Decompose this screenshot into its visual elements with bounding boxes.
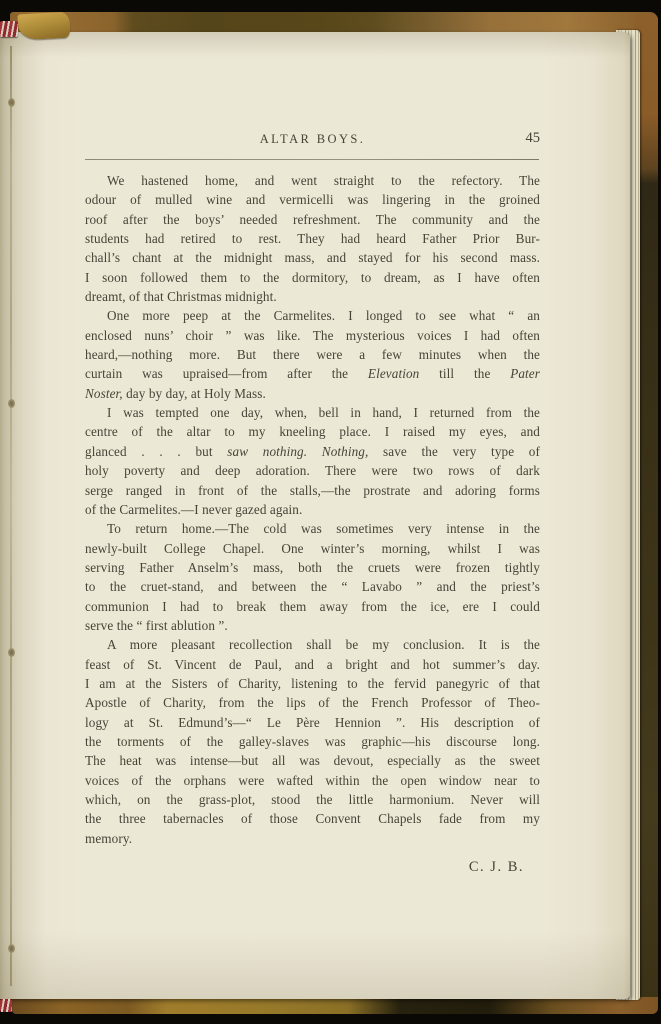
text-segment: [307, 444, 322, 459]
text-line: centre of the altar to my kneeling place…: [85, 422, 540, 441]
text-segment: to the cruet-stand, and between the “ La…: [85, 579, 540, 594]
text-segment: students had retired to rest. They had h…: [85, 231, 540, 246]
text-line: communion I had to break them away from …: [85, 597, 540, 616]
text-line: serving Father Anselm’s mass, both the c…: [85, 558, 540, 577]
text-line: to the cruet-stand, and between the “ La…: [85, 577, 540, 596]
text-line: enclosed nuns’ choir ” was like. The mys…: [85, 326, 540, 345]
text-line: logy at St. Edmund’s—“ Le Père Hennion ”…: [85, 713, 540, 732]
text-segment: curtain was upraised—from after the: [85, 366, 368, 381]
text-segment: odour of mulled wine and vermicelli was …: [85, 192, 540, 207]
page-body-text: We hastened home, and went straight to t…: [85, 171, 540, 848]
text-segment: voices of the orphans were wafted within…: [85, 773, 540, 788]
text-segment: chall’s chant at the midnight mass, and …: [85, 250, 540, 265]
text-line: The heat was intense—but all was devout,…: [85, 751, 540, 770]
text-segment: day by day, at Holy Mass.: [123, 386, 266, 401]
text-segment: roof after the boys’ needed refreshment.…: [85, 212, 540, 227]
text-segment: newly-built College Chapel. One winter’s…: [85, 541, 540, 556]
text-line: of the Carmelites.—I never gazed again.: [85, 500, 540, 519]
text-segment: serge ranged in front of the stalls,—the…: [85, 483, 540, 498]
text-segment: memory.: [85, 831, 132, 846]
text-segment: holy poverty and deep adoration. There w…: [85, 463, 540, 478]
text-line: I am at the Sisters of Charity, listenin…: [85, 674, 540, 693]
text-segment: glanced . . . but: [85, 444, 227, 459]
text-segment: logy at St. Edmund’s—“ Le Père Hennion ”…: [85, 715, 540, 730]
text-segment: I soon followed them to the dormitory, t…: [85, 270, 540, 285]
text-line: Noster, day by day, at Holy Mass.: [85, 384, 540, 403]
text-segment: One more peep at the Carmelites. I longe…: [107, 308, 540, 323]
text-segment: of the Carmelites.—I never gazed again.: [85, 502, 302, 517]
text-segment: the torments of the galley-slaves was gr…: [85, 734, 540, 749]
text-line: feast of St. Vincent de Paul, and a brig…: [85, 655, 540, 674]
author-initials: C. J. B.: [85, 859, 540, 876]
text-line: odour of mulled wine and vermicelli was …: [85, 190, 540, 209]
text-segment: The heat was intense—but all was devout,…: [85, 753, 540, 768]
scanned-book-photo: ALTAR BOYS. 45 We hastened home, and wen…: [0, 0, 661, 1024]
text-line: memory.: [85, 829, 540, 848]
text-segment: dreamt, of that Christmas midnight.: [85, 289, 277, 304]
book-cover-bottom-edge: [12, 997, 658, 1014]
header-rule: [85, 159, 539, 160]
text-segment: I am at the Sisters of Charity, listenin…: [85, 676, 540, 691]
text-line: One more peep at the Carmelites. I longe…: [85, 306, 540, 325]
text-line: newly-built College Chapel. One winter’s…: [85, 539, 540, 558]
italic-text-segment: saw nothing.: [227, 444, 307, 459]
gutter-shadow: [0, 32, 46, 999]
italic-text-segment: Noster,: [85, 386, 123, 401]
text-line: chall’s chant at the midnight mass, and …: [85, 248, 540, 267]
headband-top: [0, 21, 18, 37]
text-line: We hastened home, and went straight to t…: [85, 171, 540, 190]
italic-text-segment: Nothing,: [322, 444, 369, 459]
text-segment: feast of St. Vincent de Paul, and a brig…: [85, 657, 540, 672]
text-segment: which, on the grass-plot, stood the litt…: [85, 792, 540, 807]
stitch-knot: [8, 399, 15, 408]
text-line: serge ranged in front of the stalls,—the…: [85, 481, 540, 500]
text-segment: centre of the altar to my kneeling place…: [85, 424, 540, 439]
text-segment: I was tempted one day, when, bell in han…: [107, 405, 540, 420]
book-page: ALTAR BOYS. 45 We hastened home, and wen…: [0, 32, 630, 999]
text-segment: the three tabernacles of those Convent C…: [85, 811, 540, 826]
text-line: A more pleasant recollection shall be my…: [85, 635, 540, 654]
italic-text-segment: Pater: [510, 366, 540, 381]
text-line: I was tempted one day, when, bell in han…: [85, 403, 540, 422]
text-segment: serve the “ first ablution ”.: [85, 618, 228, 633]
stitch-knot: [8, 98, 15, 107]
text-line: serve the “ first ablution ”.: [85, 616, 540, 635]
text-line: Apostle of Charity, from the lips of the…: [85, 693, 540, 712]
text-line: dreamt, of that Christmas midnight.: [85, 287, 540, 306]
text-line: roof after the boys’ needed refreshment.…: [85, 210, 540, 229]
text-segment: To return home.—The cold was sometimes v…: [107, 521, 540, 536]
text-line: holy poverty and deep adoration. There w…: [85, 461, 540, 480]
text-segment: enclosed nuns’ choir ” was like. The mys…: [85, 328, 540, 343]
text-line: students had retired to rest. They had h…: [85, 229, 540, 248]
text-segment: We hastened home, and went straight to t…: [107, 173, 540, 188]
worn-gilt-corner: [17, 12, 70, 41]
text-segment: heard,—nothing more. But there were a fe…: [85, 347, 540, 362]
text-line: the torments of the galley-slaves was gr…: [85, 732, 540, 751]
text-segment: serving Father Anselm’s mass, both the c…: [85, 560, 540, 575]
stitch-knot: [8, 648, 15, 657]
text-segment: A more pleasant recollection shall be my…: [107, 637, 540, 652]
text-line: heard,—nothing more. But there were a fe…: [85, 345, 540, 364]
text-line: glanced . . . but saw nothing. Nothing, …: [85, 442, 540, 461]
text-segment: till the: [419, 366, 510, 381]
text-segment: Apostle of Charity, from the lips of the…: [85, 695, 540, 710]
italic-text-segment: Elevation: [368, 366, 419, 381]
text-line: I soon followed them to the dormitory, t…: [85, 268, 540, 287]
text-line: the three tabernacles of those Convent C…: [85, 809, 540, 828]
text-segment: save the very type of: [368, 444, 540, 459]
page-number: 45: [455, 130, 540, 147]
text-line: To return home.—The cold was sometimes v…: [85, 519, 540, 538]
stitch-knot: [8, 944, 15, 953]
text-line: voices of the orphans were wafted within…: [85, 771, 540, 790]
binding-stitch-thread: [10, 46, 12, 986]
text-segment: communion I had to break them away from …: [85, 599, 540, 614]
headband-bottom: [0, 999, 12, 1012]
text-line: which, on the grass-plot, stood the litt…: [85, 790, 540, 809]
text-line: curtain was upraised—from after the Elev…: [85, 364, 540, 383]
